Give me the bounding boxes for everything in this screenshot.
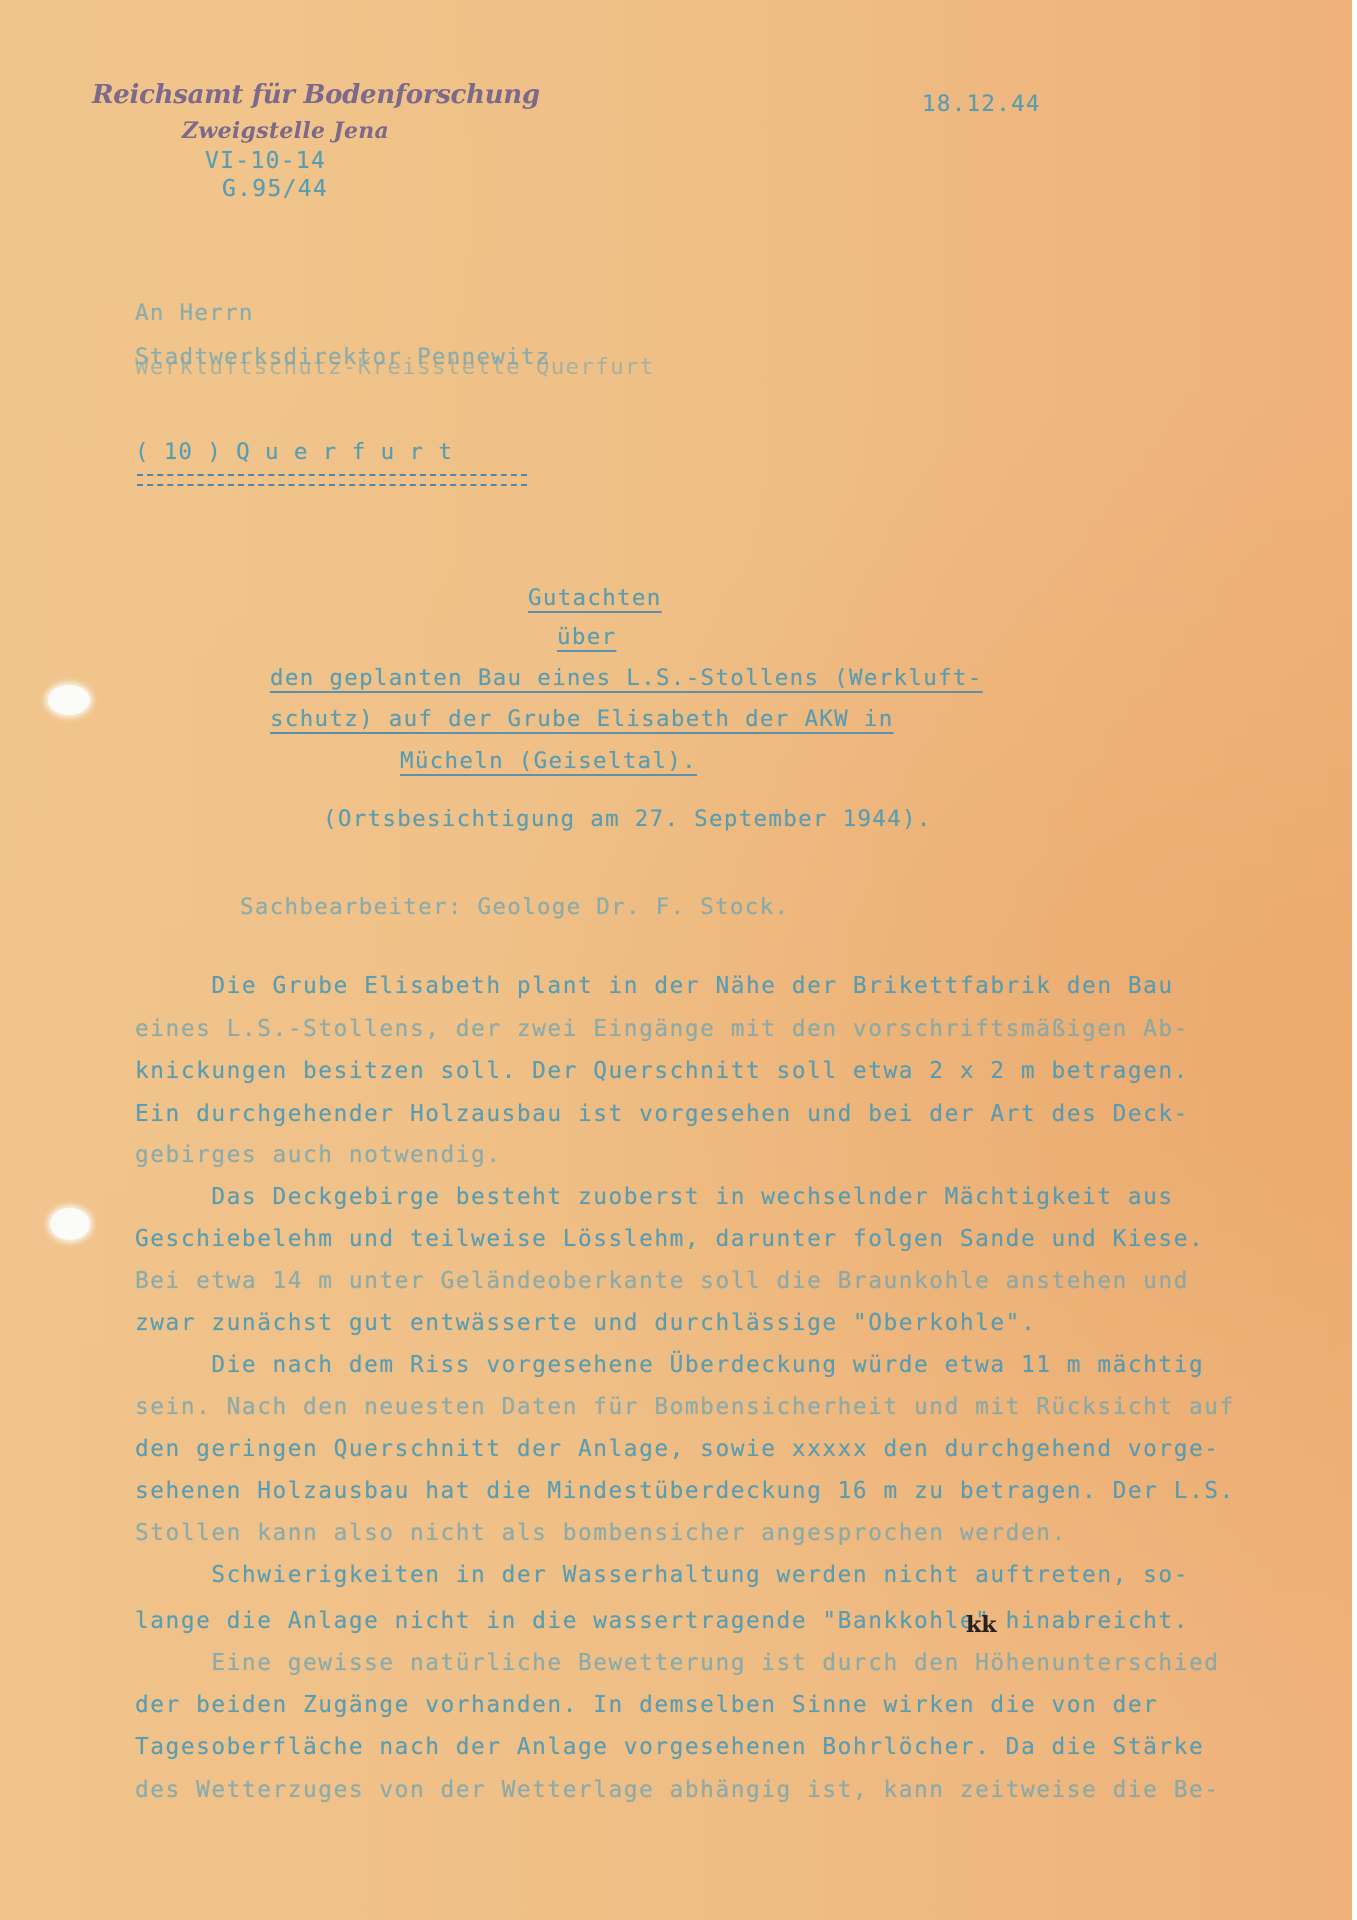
recipient-salutation: An Herrn (135, 302, 254, 325)
body-line: Die Grube Elisabeth plant in der Nähe de… (135, 975, 1174, 998)
title-line-2: schutz) auf der Grube Elisabeth der AKW … (270, 708, 894, 731)
body-line: der beiden Zugänge vorhanden. In demselb… (135, 1694, 1158, 1717)
letterhead-stamp-institution: Reichsamt für Bodenforschung (92, 82, 540, 108)
recipient-city: ( 10 ) Q u e r f u r t (135, 441, 453, 464)
reference-number: VI-10-14 (205, 150, 326, 173)
body-line: eines L.S.-Stollens, der zwei Eingänge m… (135, 1018, 1189, 1041)
title-line-3: Mücheln (Geiseltal). (400, 750, 697, 773)
document-date: 18.12.44 (922, 93, 1041, 116)
body-line: Eine gewisse natürliche Bewetterung ist … (135, 1652, 1220, 1675)
recipient-name: Stadtwerksdirektor Pennewitz (135, 346, 551, 369)
body-line: knickungen besitzen soll. Der Querschnit… (135, 1060, 1189, 1083)
body-line: Geschiebelehm und teilweise Lösslehm, da… (135, 1228, 1204, 1251)
body-line: Die nach dem Riss vorgesehene Überdeckun… (135, 1354, 1204, 1377)
punch-hole-top (48, 685, 90, 715)
author-line: Sachbearbeiter: Geologe Dr. F. Stock. (240, 896, 789, 919)
title-line-1: den geplanten Bau eines L.S.-Stollens (W… (270, 667, 983, 690)
city-double-underline (137, 474, 527, 486)
title-subtitle: (Ortsbesichtigung am 27. September 1944)… (323, 808, 932, 831)
title-ueber: über (557, 626, 616, 649)
body-line: lange die Anlage nicht in die wassertrag… (135, 1610, 1189, 1633)
body-line: sehenen Holzausbau hat die Mindestüberde… (135, 1480, 1235, 1503)
body-line: gebirges auch notwendig. (135, 1144, 502, 1167)
body-line: Das Deckgebirge besteht zuoberst in wech… (135, 1186, 1174, 1209)
letterhead-stamp-branch: Zweigstelle Jena (182, 120, 389, 142)
body-line: des Wetterzuges von der Wetterlage abhän… (135, 1779, 1220, 1802)
overtype-correction: kk (966, 1614, 997, 1636)
body-line: Schwierigkeiten in der Wasserhaltung wer… (135, 1564, 1189, 1587)
document-page: Reichsamt für Bodenforschung Zweigstelle… (0, 0, 1352, 1920)
body-line: Tagesoberfläche nach der Anlage vorgeseh… (135, 1736, 1204, 1759)
file-number: G.95/44 (222, 178, 328, 201)
body-line: Stollen kann also nicht als bombensicher… (135, 1522, 1067, 1545)
body-line: den geringen Querschnitt der Anlage, sow… (135, 1438, 1220, 1461)
punch-hole-bottom (50, 1208, 90, 1240)
body-line: Ein durchgehender Holzausbau ist vorgese… (135, 1103, 1189, 1126)
title-gutachten: Gutachten (528, 587, 662, 610)
body-line: zwar zunächst gut entwässerte und durchl… (135, 1312, 1036, 1335)
body-line: Bei etwa 14 m unter Geländeoberkante sol… (135, 1270, 1189, 1293)
body-line: sein. Nach den neuesten Daten für Bomben… (135, 1396, 1235, 1419)
